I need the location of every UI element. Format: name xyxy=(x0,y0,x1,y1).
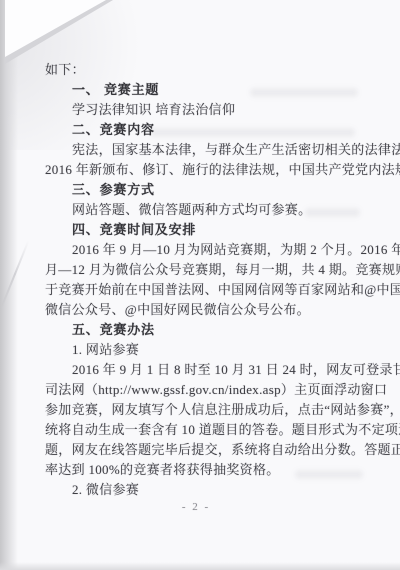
document-line: 2016 年 9 月 1 日 8 时至 10 月 31 日 24 时，网友可登录… xyxy=(45,360,365,380)
document-line: 2016 年 9 月—10 月为网站竞赛期，为期 2 个月。2016 年 9 xyxy=(45,240,365,260)
document-line: 网站答题、微信答题两种方式均可参赛。 xyxy=(45,200,365,220)
document-line: 1. 网站参赛 xyxy=(45,340,365,360)
document-line: 题，网友在线答题完毕后提交，系统将自动给出分数。答题正确 xyxy=(45,440,365,460)
document-line: 2. 微信参赛 xyxy=(45,480,365,500)
document-heading-line: 三、参赛方式 xyxy=(45,180,365,200)
document-line: 司法网（http://www.gssf.gov.cn/index.asp）主页面… xyxy=(45,380,365,400)
page-number: - 2 - xyxy=(0,501,392,513)
document-line: 率达到 100%的竞赛者将获得抽奖资格。 xyxy=(45,460,365,480)
document-heading-line: 二、竞赛内容 xyxy=(45,120,365,140)
document-body: 如下：一、 竞赛主题学习法律知识 培育法治信仰二、竞赛内容宪法，国家基本法律，与… xyxy=(45,60,365,500)
document-line: 2016 年新颁布、修订、施行的法律法规，中国共产党党内法规。 xyxy=(45,160,365,180)
document-line: 如下： xyxy=(45,60,365,80)
document-heading-line: 五、竞赛办法 xyxy=(45,320,365,340)
document-line: 学习法律知识 培育法治信仰 xyxy=(45,100,365,120)
document-line: 月—12 月为微信公众号竞赛期，每月一期，共 4 期。竞赛规则将 xyxy=(45,260,365,280)
page-bottom-edge-shadow xyxy=(0,562,400,570)
document-heading-line: 四、竞赛时间及安排 xyxy=(45,220,365,240)
document-heading-line: 一、 竞赛主题 xyxy=(45,80,365,100)
document-line: 参加竞赛，网友填写个人信息注册成功后，点击“网站参赛”，系 xyxy=(45,400,365,420)
document-line: 微信公众号、@中国好网民微信公众号公布。 xyxy=(45,300,365,320)
document-line: 宪法，国家基本法律，与群众生产生活密切相关的法律法规， xyxy=(45,140,365,160)
document-line: 于竞赛开始前在中国普法网、中国网信网等百家网站和@中国普法 xyxy=(45,280,365,300)
document-line: 统将自动生成一套含有 10 道题目的答卷。题目形式为不定项选择 xyxy=(45,420,365,440)
scanned-document-page: 如下：一、 竞赛主题学习法律知识 培育法治信仰二、竞赛内容宪法，国家基本法律，与… xyxy=(0,0,400,570)
